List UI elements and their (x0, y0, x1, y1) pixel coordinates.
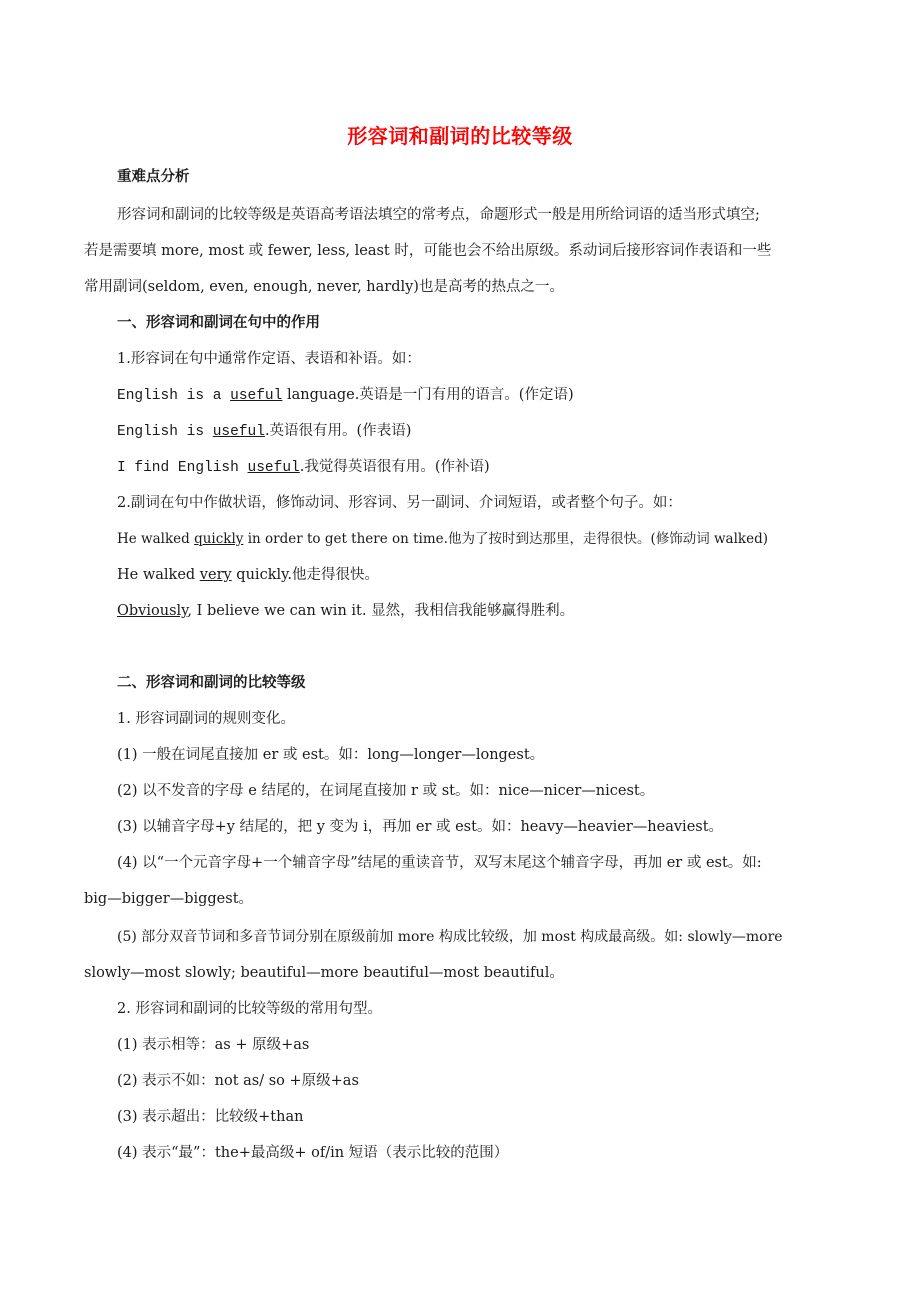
heading-section-2: 二、形容词和副词的比较等级 (117, 673, 306, 693)
rule-5-line-2: slowly—most slowly; beautiful—more beaut… (84, 963, 564, 983)
rule-5-line-1: (5) 部分双音节词和多音节词分别在原级前加 more 构成比较级，加 most… (117, 927, 783, 947)
analysis-paragraph-line-1: 形容词和副词的比较等级是英语高考语法填空的常考点，命题形式一般是用所给词语的适当… (117, 205, 760, 225)
underlined-word: very (200, 567, 232, 583)
example-sentence-4: He walked quickly in order to get there … (117, 529, 768, 549)
heading-analysis: 重难点分析 (117, 167, 190, 187)
section2-sub-2: 2. 形容词和副词的比较等级的常用句型。 (117, 999, 382, 1019)
example-text: English is a (117, 388, 230, 404)
pattern-1: (1) 表示相等：as + 原级+as (117, 1035, 309, 1055)
example-sentence-1: English is a useful language.英语是一门有用的语言。… (117, 385, 574, 406)
section1-item-1: 1.形容词在句中通常作定语、表语和补语。如： (117, 349, 421, 369)
underlined-word: quickly (194, 531, 243, 547)
rule-3: (3) 以辅音字母+y 结尾的，把 y 变为 i，再加 er 或 est。如：h… (117, 817, 723, 837)
rule-4-line-2: big—bigger—biggest。 (84, 889, 253, 909)
example-text: I find English (117, 460, 248, 476)
underlined-word: useful (213, 424, 265, 440)
section2-sub-1: 1. 形容词副词的规则变化。 (117, 709, 295, 729)
example-sentence-2: English is useful.英语很有用。(作表语) (117, 421, 411, 442)
example-text: .我觉得英语很有用。(作补语) (300, 459, 490, 475)
example-text: English is (117, 424, 213, 440)
rule-2: (2) 以不发音的字母 e 结尾的，在词尾直接加 r 或 st。如：nice—n… (117, 781, 654, 801)
example-text: .英语很有用。(作表语) (265, 423, 411, 439)
rule-1: (1) 一般在词尾直接加 er 或 est。如：long—longer—long… (117, 745, 544, 765)
heading-section-1: 一、形容词和副词在句中的作用 (117, 313, 320, 333)
example-sentence-6: Obviously, I believe we can win it. 显然，我… (117, 601, 574, 621)
document-title: 形容词和副词的比较等级 (0, 120, 920, 149)
pattern-4: (4) 表示“最”：the+最高级+ of/in 短语（表示比较的范围） (117, 1143, 508, 1163)
example-sentence-3: I find English useful.我觉得英语很有用。(作补语) (117, 457, 490, 478)
example-text: language.英语是一门有用的语言。(作定语) (282, 387, 573, 403)
underlined-word: Obviously (117, 603, 187, 619)
example-text: He walked (117, 531, 194, 547)
example-text: in order to get there on time.他为了按时到达那里，… (243, 531, 768, 547)
document-page: 形容词和副词的比较等级 重难点分析 形容词和副词的比较等级是英语高考语法填空的常… (0, 0, 920, 1302)
example-text: He walked (117, 567, 200, 583)
rule-4-line-1: (4) 以“一个元音字母+一个辅音字母”结尾的重读音节，双写末尾这个辅音字母，再… (117, 853, 762, 873)
analysis-paragraph-line-2: 若是需要填 more, most 或 fewer, less, least 时，… (84, 241, 771, 261)
pattern-2: (2) 表示不如：not as/ so +原级+as (117, 1071, 359, 1091)
example-text: , I believe we can win it. 显然，我相信我能够赢得胜利… (187, 603, 574, 619)
example-text: quickly.他走得很快。 (232, 567, 379, 583)
underlined-word: useful (248, 460, 300, 476)
example-sentence-5: He walked very quickly.他走得很快。 (117, 565, 379, 585)
underlined-word: useful (230, 388, 282, 404)
section1-item-2: 2.副词在句中作做状语，修饰动词、形容词、另一副词、介词短语，或者整个句子。如： (117, 493, 682, 513)
pattern-3: (3) 表示超出：比较级+than (117, 1107, 303, 1127)
analysis-paragraph-line-3: 常用副词(seldom, even, enough, never, hardly… (84, 277, 564, 297)
